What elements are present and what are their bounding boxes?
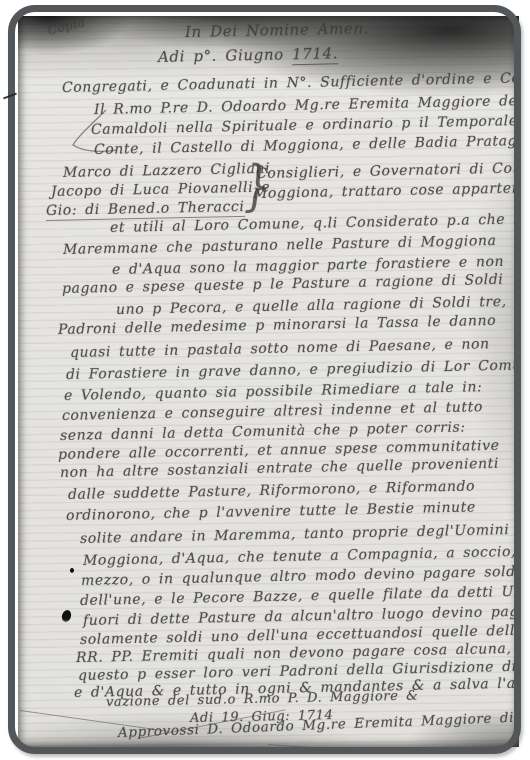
stray-pen-mark <box>3 93 17 100</box>
ink-blot <box>70 568 74 573</box>
ink-blot <box>60 609 72 623</box>
margin-annotation: Copia <box>46 16 86 38</box>
crease-line <box>20 710 169 732</box>
official-name: Marco di Lazzero Cigliani <box>63 161 270 181</box>
manuscript-line: dalle suddette Pasture, Riformorono, e R… <box>68 478 475 503</box>
manuscript-line: quasi tutte in pastala sotto nome di Pae… <box>70 336 490 361</box>
manuscript-line: solite andare in Maremma, tanto proprie … <box>80 522 519 547</box>
official-name: Jacopo di Luca Piovanelli e <box>51 179 270 200</box>
manuscript-line: ordinorono, che p l'avvenire tutte le Be… <box>66 499 476 524</box>
officials-role-line: Moggiona, trattaro cose appartenenti <box>253 180 519 202</box>
scanned-manuscript-page: Copia In Dei Nomine Amen. Adi p°. Giugno… <box>0 0 530 760</box>
dateline: Adi p°. Giugno 1714. <box>158 44 338 66</box>
manuscript-line: Maremmane che pasturano nelle Pasture di… <box>63 233 497 258</box>
crease-line <box>268 744 388 747</box>
pen-flourish <box>70 108 124 162</box>
manuscript-photo: Copia In Dei Nomine Amen. Adi p°. Giugno… <box>18 16 519 747</box>
manuscript-line: Congregati, e Coadunati in N°. Sufficien… <box>62 68 519 96</box>
dateline-text: Adi p°. Giugno <box>158 45 292 66</box>
officials-role-line: Consiglieri, e Governatori di Comune di <box>256 159 519 182</box>
invocation-line: In Dei Nomine Amen. <box>185 19 369 41</box>
dateline-year: 1714. <box>292 44 338 65</box>
